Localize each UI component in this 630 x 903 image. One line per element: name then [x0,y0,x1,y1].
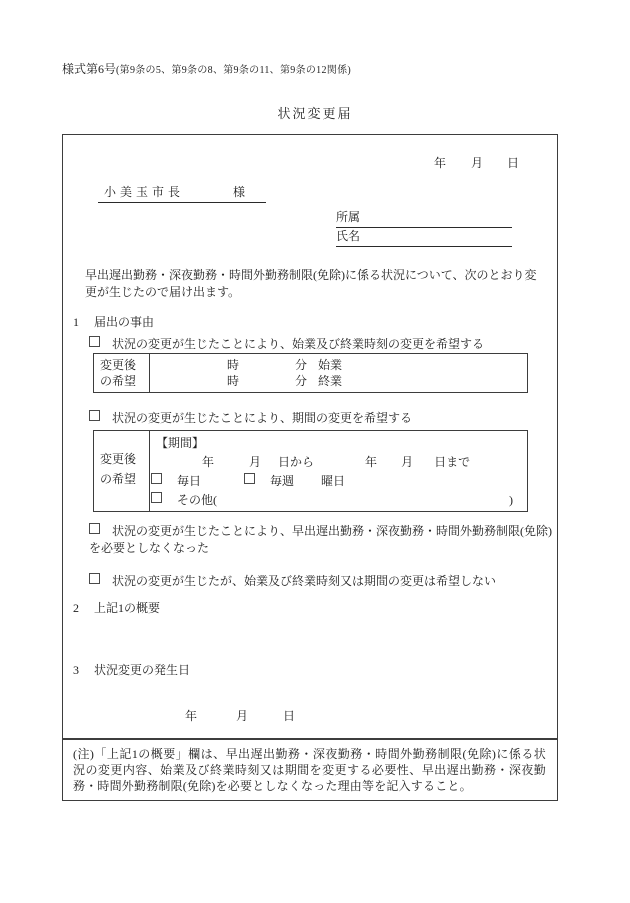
note-text: (注)「上記1の概要」欄は、早出遅出勤務・深夜勤務・時間外勤務制限(免除)に係る… [63,740,557,794]
year-label: 年 [185,708,197,724]
minute-label: 分 [295,357,307,373]
other-checkbox-icon[interactable] [151,492,162,503]
period-frequency-row: 毎日 毎週 曜日 [150,472,527,491]
addressee-honorific: 様 [233,185,245,199]
period-table: 変更後 の希望 【期間】 年 月 日から 年 月 日まで 毎日 毎週 曜日 [93,430,528,512]
day-to-label: 日まで [434,453,470,472]
section-3-heading: 3 状況変更の発生日 [73,662,190,678]
period-change-checkbox-icon[interactable] [89,410,100,421]
period-header: 【期間】 [150,434,527,453]
time-table-values: 時 分 始業 時 分 終業 [150,354,527,392]
occurrence-date-line[interactable]: 年 月 日 [185,708,295,724]
start-suffix: 始業 [318,357,342,373]
year-label: 年 [365,453,377,472]
month-label: 月 [471,155,483,171]
start-time-row[interactable]: 時 分 始業 [150,357,527,373]
time-change-checkbox-icon[interactable] [89,336,100,347]
section-3-number: 3 [73,662,79,678]
weekly-label: 毎週 [270,472,294,491]
month-label: 月 [236,708,248,724]
time-change-label: 状況の変更が生じたことにより、始業及び終業時刻の変更を希望する [112,337,484,351]
no-longer-needed-label-part2: を必要としなくなった [89,540,552,557]
other-close-paren: ) [509,491,513,510]
intro-text: 早出遅出勤務・深夜勤務・時間外勤務制限(免除)に係る状況について、次のとおり変更… [85,267,545,301]
row-label-line1: 変更後 [100,357,149,373]
section-2-number: 2 [73,600,79,616]
section-1-title: 届出の事由 [94,315,154,329]
time-table: 変更後 の希望 時 分 始業 時 分 終業 [93,353,528,393]
year-label: 年 [434,155,446,171]
row-label-line1: 変更後 [100,449,149,469]
weekday-suffix-label: 曜日 [321,472,345,491]
no-longer-needed-checkbox-icon[interactable] [89,523,100,534]
no-longer-needed-line1: 状況の変更が生じたことにより、早出遅出勤務・深夜勤務・時間外勤務制限(免除) [89,523,552,540]
section-2-heading: 2 上記1の概要 [73,600,160,616]
minute-label: 分 [295,373,307,389]
daily-label: 毎日 [177,472,201,491]
year-label: 年 [202,453,214,472]
day-from-label: 日から [278,453,314,472]
row-label-line2: の希望 [100,373,149,389]
section-1-number: 1 [73,314,79,330]
addressee-field: 小美玉市長 様 [98,184,266,203]
form-number-line: 様式第6号(第9条の5、第9条の8、第9条の11、第9条の12関係) [62,61,351,79]
period-table-row-label: 変更後 の希望 [94,431,150,511]
no-change-desired-label: 状況の変更が生じたが、始業及び終業時刻又は期間の変更は希望しない [112,574,496,588]
day-label: 日 [507,155,519,171]
form-number-note: (第9条の5、第9条の8、第9条の11、第9条の12関係) [116,65,351,76]
form-number: 様式第6号 [62,62,116,76]
section-1-heading: 1 届出の事由 [73,314,154,330]
no-change-desired-checkbox-icon[interactable] [89,573,100,584]
note-box: (注)「上記1の概要」欄は、早出遅出勤務・深夜勤務・時間外勤務制限(免除)に係る… [62,739,558,801]
end-suffix: 終業 [318,373,342,389]
name-label: 氏名 [336,229,360,243]
month-label: 月 [249,453,261,472]
section-3-title: 状況変更の発生日 [94,663,190,677]
checkbox-row-time-change: 状況の変更が生じたことにより、始業及び終業時刻の変更を希望する [89,336,484,352]
addressee-name: 小美玉市長 [104,185,184,199]
section-2-title: 上記1の概要 [94,601,160,615]
end-time-row[interactable]: 時 分 終業 [150,373,527,389]
period-change-label: 状況の変更が生じたことにより、期間の変更を希望する [112,411,412,425]
no-longer-needed-label-part1: 状況の変更が生じたことにより、早出遅出勤務・深夜勤務・時間外勤務制限(免除) [112,524,552,538]
weekly-checkbox-icon[interactable] [244,473,255,484]
hour-label: 時 [227,357,239,373]
other-label: その他( [177,491,217,510]
time-table-row-label: 変更後 の希望 [94,354,150,392]
affiliation-label: 所属 [336,210,360,224]
form-title: 状況変更届 [0,106,630,122]
hour-label: 時 [227,373,239,389]
checkbox-row-no-change-desired: 状況の変更が生じたが、始業及び終業時刻又は期間の変更は希望しない [89,573,496,589]
form-page: 様式第6号(第9条の5、第9条の8、第9条の11、第9条の12関係) 状況変更届… [0,0,630,903]
day-label: 日 [283,708,295,724]
row-label-line2: の希望 [100,469,149,489]
name-field[interactable]: 氏名 [336,228,512,247]
affiliation-field[interactable]: 所属 [336,209,512,228]
period-date-range[interactable]: 年 月 日から 年 月 日まで [150,453,527,472]
checkbox-row-period-change: 状況の変更が生じたことにより、期間の変更を希望する [89,410,412,426]
submission-date-line: 年 月 日 [62,155,538,171]
checkbox-row-no-longer-needed: 状況の変更が生じたことにより、早出遅出勤務・深夜勤務・時間外勤務制限(免除) を… [89,523,552,557]
month-label: 月 [401,453,413,472]
period-table-values: 【期間】 年 月 日から 年 月 日まで 毎日 毎週 曜日 その他( ) [150,431,527,511]
period-other-row: その他( ) [150,491,527,510]
daily-checkbox-icon[interactable] [151,473,162,484]
